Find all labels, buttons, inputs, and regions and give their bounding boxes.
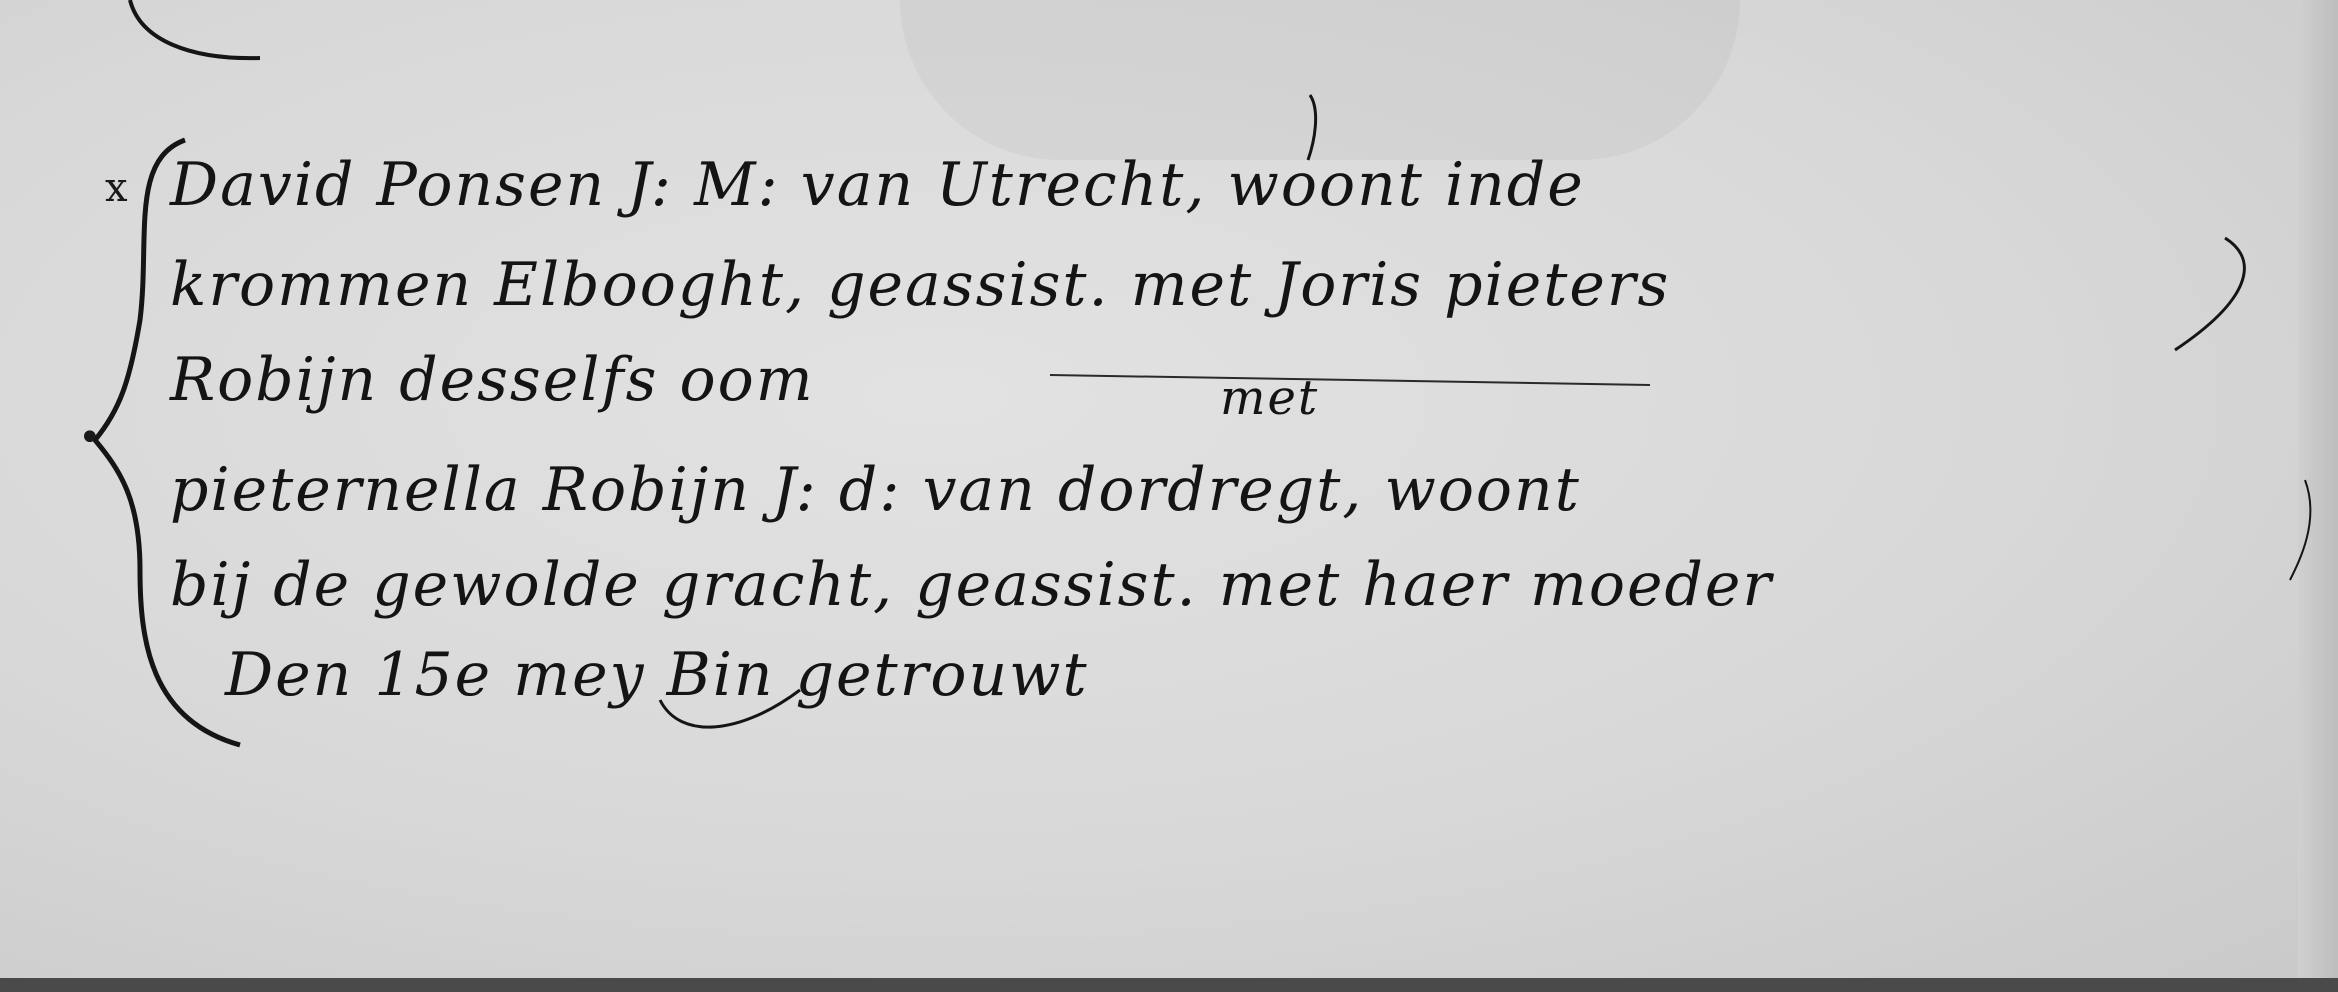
text-line-6: Den 15e mey Bin getrouwt (225, 640, 1089, 710)
text-line-2: krommen Elbooght, geassist. met Joris pi… (170, 250, 1670, 320)
margin-x-mark: x (105, 165, 128, 211)
document-page: x • David Ponsen J: M: van Utrecht, woon… (0, 0, 2338, 992)
text-line-met: met (1220, 370, 1319, 426)
margin-dot-mark: • (78, 415, 102, 461)
text-line-1: David Ponsen J: M: van Utrecht, woont in… (170, 150, 1585, 220)
text-line-5: bij de gewolde gracht, geassist. met hae… (170, 550, 1773, 620)
text-line-4: pieternella Robijn J: d: van dordregt, w… (170, 455, 1581, 525)
text-line-3: Robijn desselfs oom (170, 345, 815, 415)
